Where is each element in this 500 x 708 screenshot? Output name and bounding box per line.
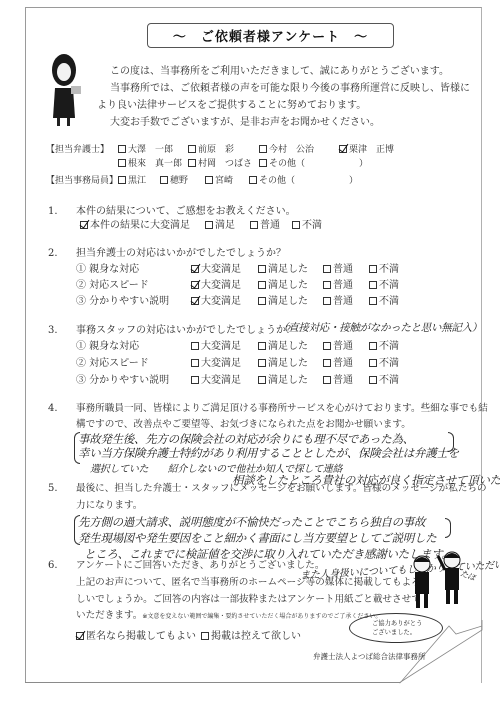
- q2-r3-very-satisfied[interactable]: 大変満足: [191, 295, 241, 309]
- q2-row-label: ① 親身な対応: [76, 263, 139, 277]
- q3-row-label: ① 親身な対応: [76, 340, 139, 354]
- q1-option-satisfied[interactable]: 満足: [205, 219, 235, 233]
- clerk-option-miyazaki[interactable]: 宮崎: [205, 174, 233, 188]
- checkbox[interactable]: [191, 376, 199, 384]
- checkbox-checked[interactable]: [339, 145, 347, 153]
- q3-r2-dissatisfied[interactable]: 不満: [369, 357, 399, 371]
- checkbox[interactable]: [205, 221, 213, 229]
- checkbox[interactable]: [118, 176, 126, 184]
- q2-row-label: ③ 分かりやすい説明: [76, 295, 169, 309]
- q3-row-label: ③ 分かりやすい説明: [76, 374, 169, 388]
- checkbox[interactable]: [292, 221, 300, 229]
- checkbox[interactable]: [258, 265, 266, 273]
- lawyer-option-other[interactable]: その他（ ）: [259, 157, 368, 171]
- q2-r3-dissatisfied[interactable]: 不満: [369, 295, 399, 309]
- q3-question: 事務スタッフの対応はいかがでしたでしょうか？: [76, 324, 296, 338]
- q5-question-line-1: 最後に、担当した弁護士・スタッフにメッセージをお願いします。皆様のメッセージが私…: [76, 482, 487, 496]
- q2-r1-very-satisfied[interactable]: 大変満足: [191, 263, 241, 277]
- lawyer-option-osawa[interactable]: 大澤 一郎: [118, 143, 173, 157]
- q6-disclaimer-note: ※文意を変えない範囲で編集・要約させていただく場合がありますのでご了承ください。: [142, 613, 381, 620]
- q6-line-4: いただきます。※文意を変えない範囲で編集・要約させていただく場合がありますのでご…: [76, 609, 381, 623]
- q2-r1-dissatisfied[interactable]: 不満: [369, 263, 399, 277]
- checkbox-checked[interactable]: [76, 632, 84, 640]
- checkbox[interactable]: [249, 176, 257, 184]
- checkbox[interactable]: [259, 159, 267, 167]
- checkbox[interactable]: [191, 359, 199, 367]
- checkbox[interactable]: [191, 342, 199, 350]
- checkbox[interactable]: [201, 632, 209, 640]
- lawyer-option-imamura[interactable]: 今村 公治: [259, 143, 314, 157]
- q1-option-dissatisfied[interactable]: 不満: [292, 219, 322, 233]
- checkbox-checked[interactable]: [191, 265, 199, 273]
- checkbox[interactable]: [258, 376, 266, 384]
- checkbox[interactable]: [369, 359, 377, 367]
- q3-r3-normal[interactable]: 普通: [323, 374, 353, 388]
- q6-line-1: アンケートにご回答いただき、ありがとうございました。: [76, 559, 324, 573]
- law-firm-name: 弁護士法人よつば総合法律事務所: [313, 651, 426, 662]
- q3-r2-very-satisfied[interactable]: 大変満足: [191, 357, 241, 371]
- lawyer-option-negoro[interactable]: 根來 真一郎: [118, 157, 182, 171]
- page-title: ～ ご依頼者様アンケート ～: [147, 23, 394, 48]
- checkbox[interactable]: [323, 297, 331, 305]
- q6-number: 6.: [48, 559, 58, 573]
- q1-option-normal[interactable]: 普通: [250, 219, 280, 233]
- intro-line-3: より良い法律サービスをご提供することに努めております。: [97, 99, 366, 113]
- q6-option-do-not-publish[interactable]: 掲載は控えて欲しい: [201, 630, 301, 644]
- q5-handwritten-line-1: 先方側の過大請求、説明態度が不愉快だったことでこちら独自の事故: [78, 514, 425, 530]
- checkbox[interactable]: [258, 281, 266, 289]
- intro-line-2: 当事務所では、ご依頼者様の声を可能な限り今後の事務所運営に反映し、皆様に: [110, 82, 470, 96]
- intro-line-1: この度は、当事務所をご利用いただきまして、誠にありがとうございます。: [110, 65, 449, 79]
- checkbox[interactable]: [118, 145, 126, 153]
- thanks-speech-bubble: ご協力ありがとう ございました。: [349, 613, 443, 643]
- q3-row-label: ② 対応スピード: [76, 357, 149, 371]
- q2-question: 担当弁護士の対応はいかがでしたでしょうか？: [76, 247, 286, 261]
- q3-r1-satisfied[interactable]: 満足した: [258, 340, 308, 354]
- q3-r1-normal[interactable]: 普通: [323, 340, 353, 354]
- q1-number: 1.: [48, 205, 58, 219]
- lawyer-option-maehara[interactable]: 前原 彩: [188, 143, 234, 157]
- checkbox[interactable]: [323, 359, 331, 367]
- lawyers-mascot-illustration: [408, 550, 478, 620]
- q1-option-very-satisfied[interactable]: 本件の結果に大変満足: [80, 219, 190, 233]
- lawyer-mascot-illustration: [42, 52, 102, 132]
- q2-r2-very-satisfied[interactable]: 大変満足: [191, 279, 241, 293]
- checkbox[interactable]: [323, 265, 331, 273]
- q2-r2-normal[interactable]: 普通: [323, 279, 353, 293]
- checkbox-checked[interactable]: [191, 281, 199, 289]
- checkbox[interactable]: [205, 176, 213, 184]
- lawyer-option-awazu[interactable]: 栗津 正博: [339, 143, 394, 157]
- q4-question-line-1: 事務所職員一同、皆様によりご満足頂ける事務所サービスを心がけております。些細な事…: [76, 402, 488, 416]
- q3-r3-satisfied[interactable]: 満足した: [258, 374, 308, 388]
- lawyers-label: 【担当弁護士】: [46, 143, 109, 157]
- q3-r3-very-satisfied[interactable]: 大変満足: [191, 374, 241, 388]
- intro-line-4: 大変お手数でございますが、是非お声をお聞かせください。: [110, 116, 380, 130]
- checkbox-checked[interactable]: [191, 297, 199, 305]
- q2-r1-normal[interactable]: 普通: [323, 263, 353, 277]
- q5-answer-bracket-right: [445, 518, 451, 538]
- checkbox[interactable]: [118, 159, 126, 167]
- q4-number: 4.: [48, 402, 58, 416]
- q3-r1-dissatisfied[interactable]: 不満: [369, 340, 399, 354]
- q2-r3-normal[interactable]: 普通: [323, 295, 353, 309]
- clerks-label: 【担当事務局員】: [46, 174, 118, 188]
- checkbox[interactable]: [258, 297, 266, 305]
- checkbox[interactable]: [258, 359, 266, 367]
- checkbox[interactable]: [369, 265, 377, 273]
- q6-option-anonymous-ok[interactable]: 匿名なら掲載してもよい: [76, 630, 196, 644]
- q1-question: 本件の結果について、ご感想をお教えください。: [76, 205, 296, 219]
- clerk-option-hono[interactable]: 穂野: [160, 174, 188, 188]
- q5-question-line-2: 力になります。: [76, 499, 142, 513]
- q2-row-label: ② 対応スピード: [76, 279, 149, 293]
- checkbox[interactable]: [259, 145, 267, 153]
- q4-question-line-2: 構ですので、改善点やご要望等、お気づきになられた点をお聞かせ願います。: [76, 418, 411, 432]
- checkbox[interactable]: [250, 221, 258, 229]
- checkbox[interactable]: [323, 342, 331, 350]
- checkbox[interactable]: [323, 281, 331, 289]
- checkbox[interactable]: [188, 159, 196, 167]
- clerk-option-kuroe[interactable]: 黒江: [118, 174, 146, 188]
- lawyer-option-muraoka[interactable]: 村岡 つばさ: [188, 157, 252, 171]
- checkbox[interactable]: [258, 342, 266, 350]
- q6-line-3: しいでしょうか。ご回答の内容は一部抜粋またはアンケート用紙ごと載せさせて: [76, 593, 421, 607]
- checkbox[interactable]: [369, 342, 377, 350]
- checkbox[interactable]: [323, 376, 331, 384]
- q6-line-2: 上記のお声について、匿名で当事務所のホームページ等の媒体に掲載してもよろ: [76, 576, 421, 590]
- clerk-option-other[interactable]: その他（ ）: [249, 174, 358, 188]
- q2-r2-satisfied[interactable]: 満足した: [258, 279, 308, 293]
- q5-handwritten-line-2: 発生現場図や発生要因をこと細かく書面にし当方要望としてご説明した: [78, 530, 436, 546]
- q3-handwritten-note: （直接対応・接触がなかったと思い無記入）: [278, 320, 482, 335]
- checkbox[interactable]: [369, 297, 377, 305]
- q5-number: 5.: [48, 482, 58, 496]
- q3-r1-very-satisfied[interactable]: 大変満足: [191, 340, 241, 354]
- checkbox[interactable]: [369, 281, 377, 289]
- q2-number: 2.: [48, 247, 58, 261]
- q3-r2-normal[interactable]: 普通: [323, 357, 353, 371]
- checkbox-checked[interactable]: [80, 221, 88, 229]
- q2-r1-satisfied[interactable]: 満足した: [258, 263, 308, 277]
- checkbox[interactable]: [369, 376, 377, 384]
- checkbox[interactable]: [188, 145, 196, 153]
- q3-r3-dissatisfied[interactable]: 不満: [369, 374, 399, 388]
- q3-r2-satisfied[interactable]: 満足した: [258, 357, 308, 371]
- q2-r3-satisfied[interactable]: 満足した: [258, 295, 308, 309]
- checkbox[interactable]: [160, 176, 168, 184]
- q3-number: 3.: [48, 324, 58, 338]
- q2-r2-dissatisfied[interactable]: 不満: [369, 279, 399, 293]
- q4-handwritten-line-2: 幸い当方保険弁護士特約があり利用することとしたが、保険会社は弁護士を: [78, 445, 459, 461]
